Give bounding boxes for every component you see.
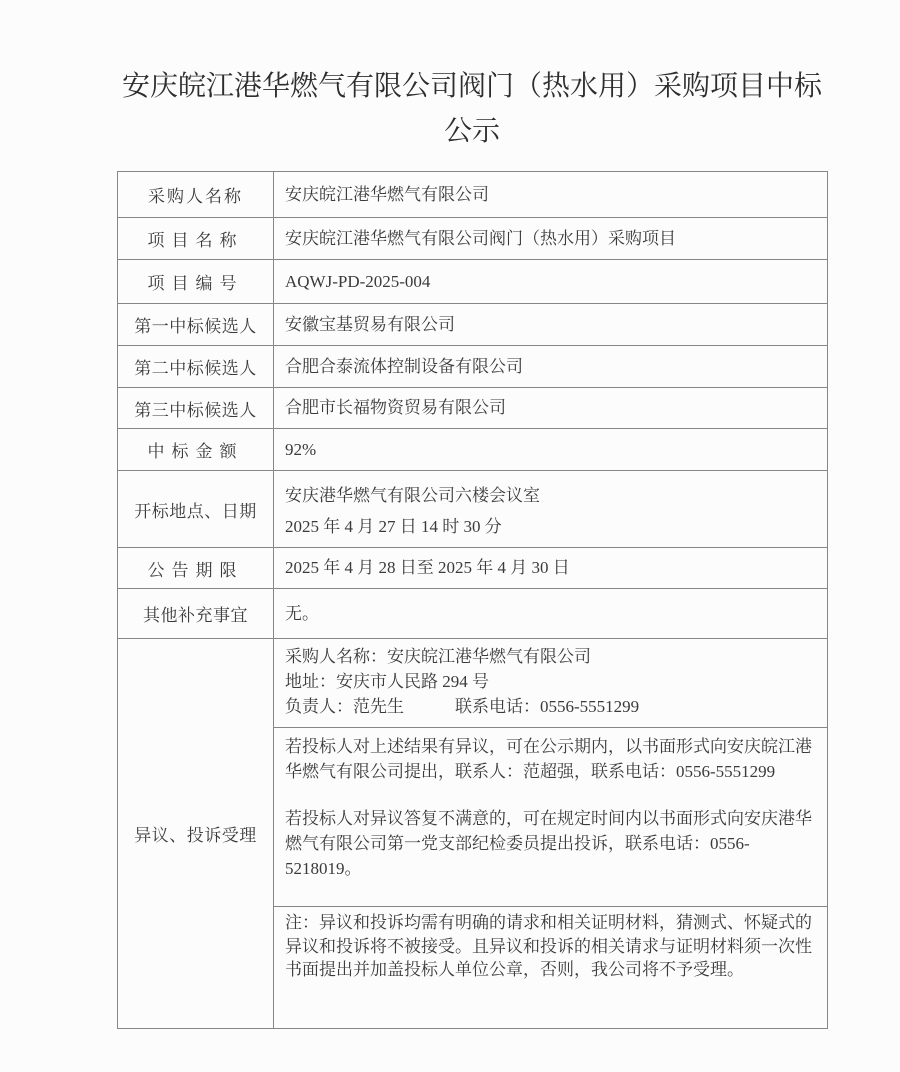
objection-paragraph-1: 若投标人对上述结果有异议，可在公示期内，以书面形式向安庆皖江港华燃气有限公司提出…	[285, 734, 819, 784]
row-value-announcement-period: 2025 年 4 月 28 日至 2025 年 4 月 30 日	[274, 548, 828, 589]
row-label-candidate-2: 第二中标候选人	[118, 346, 274, 388]
row-value-candidate-3: 合肥市长福物资贸易有限公司	[274, 388, 828, 429]
table-row-candidate-3: 第三中标候选人 合肥市长福物资贸易有限公司	[118, 388, 828, 429]
row-label-project-number: 项目编号	[118, 260, 274, 304]
table-row-purchaser: 采购人名称 安庆皖江港华燃气有限公司	[118, 172, 828, 218]
row-label-purchaser: 采购人名称	[118, 172, 274, 218]
table-row-announcement-period: 公告期限 2025 年 4 月 28 日至 2025 年 4 月 30 日	[118, 548, 828, 589]
row-value-purchaser: 安庆皖江港华燃气有限公司	[274, 172, 828, 218]
objection-paragraph-2: 若投标人对异议答复不满意的，可在规定时间内以书面形式向安庆港华燃气有限公司第一党…	[285, 806, 819, 881]
row-label-project-name: 项目名称	[118, 218, 274, 260]
table-row-other-matters: 其他补充事宜 无。	[118, 589, 828, 639]
row-value-other-matters: 无。	[274, 589, 828, 639]
row-value-objection-procedure: 若投标人对上述结果有异议，可在公示期内，以书面形式向安庆皖江港华燃气有限公司提出…	[274, 728, 828, 907]
row-label-objection: 异议、投诉受理	[118, 639, 274, 1029]
row-value-project-number: AQWJ-PD-2025-004	[274, 260, 828, 304]
table-row-bid-opening: 开标地点、日期 安庆港华燃气有限公司六楼会议室 2025 年 4 月 27 日 …	[118, 471, 828, 548]
bid-opening-datetime: 2025 年 4 月 27 日 14 时 30 分	[285, 511, 819, 542]
table-row-award-amount: 中标金额 92%	[118, 429, 828, 471]
objection-contact-address: 地址：安庆市人民路 294 号	[285, 669, 819, 694]
table-row-project-name: 项目名称 安庆皖江港华燃气有限公司阀门（热水用）采购项目	[118, 218, 828, 260]
announcement-table: 采购人名称 安庆皖江港华燃气有限公司 项目名称 安庆皖江港华燃气有限公司阀门（热…	[117, 171, 828, 1029]
row-value-candidate-2: 合肥合泰流体控制设备有限公司	[274, 346, 828, 388]
objection-contact-person-phone: 负责人：范先生 联系电话：0556-5551299	[285, 694, 819, 719]
row-label-candidate-3: 第三中标候选人	[118, 388, 274, 429]
bid-opening-place: 安庆港华燃气有限公司六楼会议室	[285, 480, 819, 511]
row-value-award-amount: 92%	[274, 429, 828, 471]
table-row-objection-contact: 异议、投诉受理 采购人名称：安庆皖江港华燃气有限公司 地址：安庆市人民路 294…	[118, 639, 828, 728]
table-row-candidate-1: 第一中标候选人 安徽宝基贸易有限公司	[118, 304, 828, 346]
table-row-project-number: 项目编号 AQWJ-PD-2025-004	[118, 260, 828, 304]
row-label-candidate-1: 第一中标候选人	[118, 304, 274, 346]
row-value-candidate-1: 安徽宝基贸易有限公司	[274, 304, 828, 346]
row-value-bid-opening: 安庆港华燃气有限公司六楼会议室 2025 年 4 月 27 日 14 时 30 …	[274, 471, 828, 548]
table-row-candidate-2: 第二中标候选人 合肥合泰流体控制设备有限公司	[118, 346, 828, 388]
row-label-other-matters: 其他补充事宜	[118, 589, 274, 639]
row-label-announcement-period: 公告期限	[118, 548, 274, 589]
row-value-project-name: 安庆皖江港华燃气有限公司阀门（热水用）采购项目	[274, 218, 828, 260]
row-value-objection-contact: 采购人名称：安庆皖江港华燃气有限公司 地址：安庆市人民路 294 号 负责人：范…	[274, 639, 828, 728]
objection-contact-purchaser: 采购人名称：安庆皖江港华燃气有限公司	[285, 644, 819, 669]
row-label-award-amount: 中标金额	[118, 429, 274, 471]
row-value-objection-note: 注：异议和投诉均需有明确的请求和相关证明材料，猜测式、怀疑式的异议和投诉将不被接…	[274, 907, 828, 1029]
page-title: 安庆皖江港华燃气有限公司阀门（热水用）采购项目中标公示	[117, 64, 827, 154]
row-label-bid-opening: 开标地点、日期	[118, 471, 274, 548]
